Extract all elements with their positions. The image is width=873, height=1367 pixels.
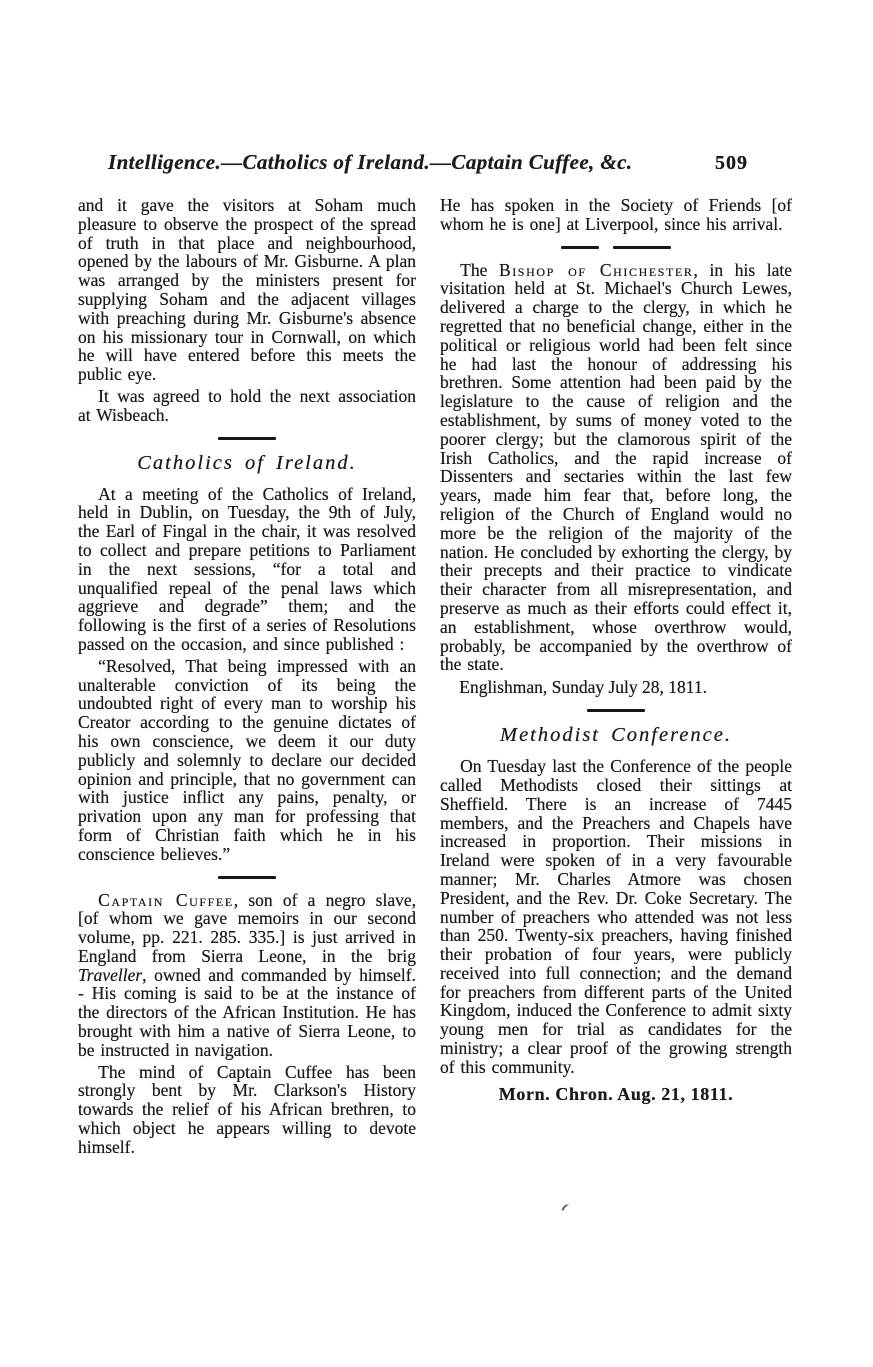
section-divider-rule [218, 437, 276, 440]
paragraph-methodist-conference: On Tuesday last the Conference of the pe… [440, 757, 792, 1077]
scanned-periodical-page: Intelligence.—Catholics of Ireland.—Capt… [0, 0, 873, 1367]
running-head-title: Intelligence.—Catholics of Ireland.—Capt… [108, 150, 632, 175]
right-column: He has spoken in the Society of Friends … [440, 196, 792, 1160]
section-heading-methodist-conference: Methodist Conference. [440, 724, 792, 747]
byline-morning-chronicle: Morn. Chron. Aug. 21, 1811. [440, 1085, 792, 1104]
paragraph-resolution-quote: “Resolved, That being impressed with an … [78, 657, 416, 864]
page-number: 509 [715, 152, 748, 175]
paragraph-captain-cuffee: Captain Cuffee, son of a negro slave, [o… [78, 891, 416, 1060]
rule-segment [561, 246, 599, 249]
bishop-of-chichester-smallcaps: Bishop of Chichester [499, 260, 694, 280]
bishop-text: , in his late visitation held at St. Mic… [440, 260, 792, 675]
ink-speck [561, 1202, 573, 1214]
byline-englishman: Englishman, Sunday July 28, 1811. [440, 678, 792, 697]
two-column-text-area: and it gave the visitors at Soham much p… [78, 196, 792, 1160]
bishop-text-pre: The [460, 260, 499, 280]
rule-segment [613, 246, 671, 249]
left-column: and it gave the visitors at Soham much p… [78, 196, 416, 1160]
paragraph-bishop-of-chichester: The Bishop of Chichester, in his late vi… [440, 261, 792, 675]
paragraph-society-of-friends: He has spoken in the Society of Friends … [440, 196, 792, 234]
paragraph-wisbeach: It was agreed to hold the next associati… [78, 387, 416, 425]
section-divider-rule [587, 709, 645, 712]
paragraph-cuffee-mind: The mind of Captain Cuffee has been stro… [78, 1063, 416, 1157]
section-divider-rule [561, 246, 671, 249]
paragraph-catholics-meeting: At a meeting of the Catholics of Ireland… [78, 485, 416, 654]
paragraph-soham-continuation: and it gave the visitors at Soham much p… [78, 196, 416, 384]
ship-name-traveller: Traveller [78, 965, 142, 985]
section-heading-catholics-of-ireland: Catholics of Ireland. [78, 452, 416, 475]
captain-cuffee-smallcaps: Captain Cuffee [98, 890, 234, 910]
running-head: Intelligence.—Catholics of Ireland.—Capt… [108, 150, 748, 175]
section-divider-rule [218, 876, 276, 879]
